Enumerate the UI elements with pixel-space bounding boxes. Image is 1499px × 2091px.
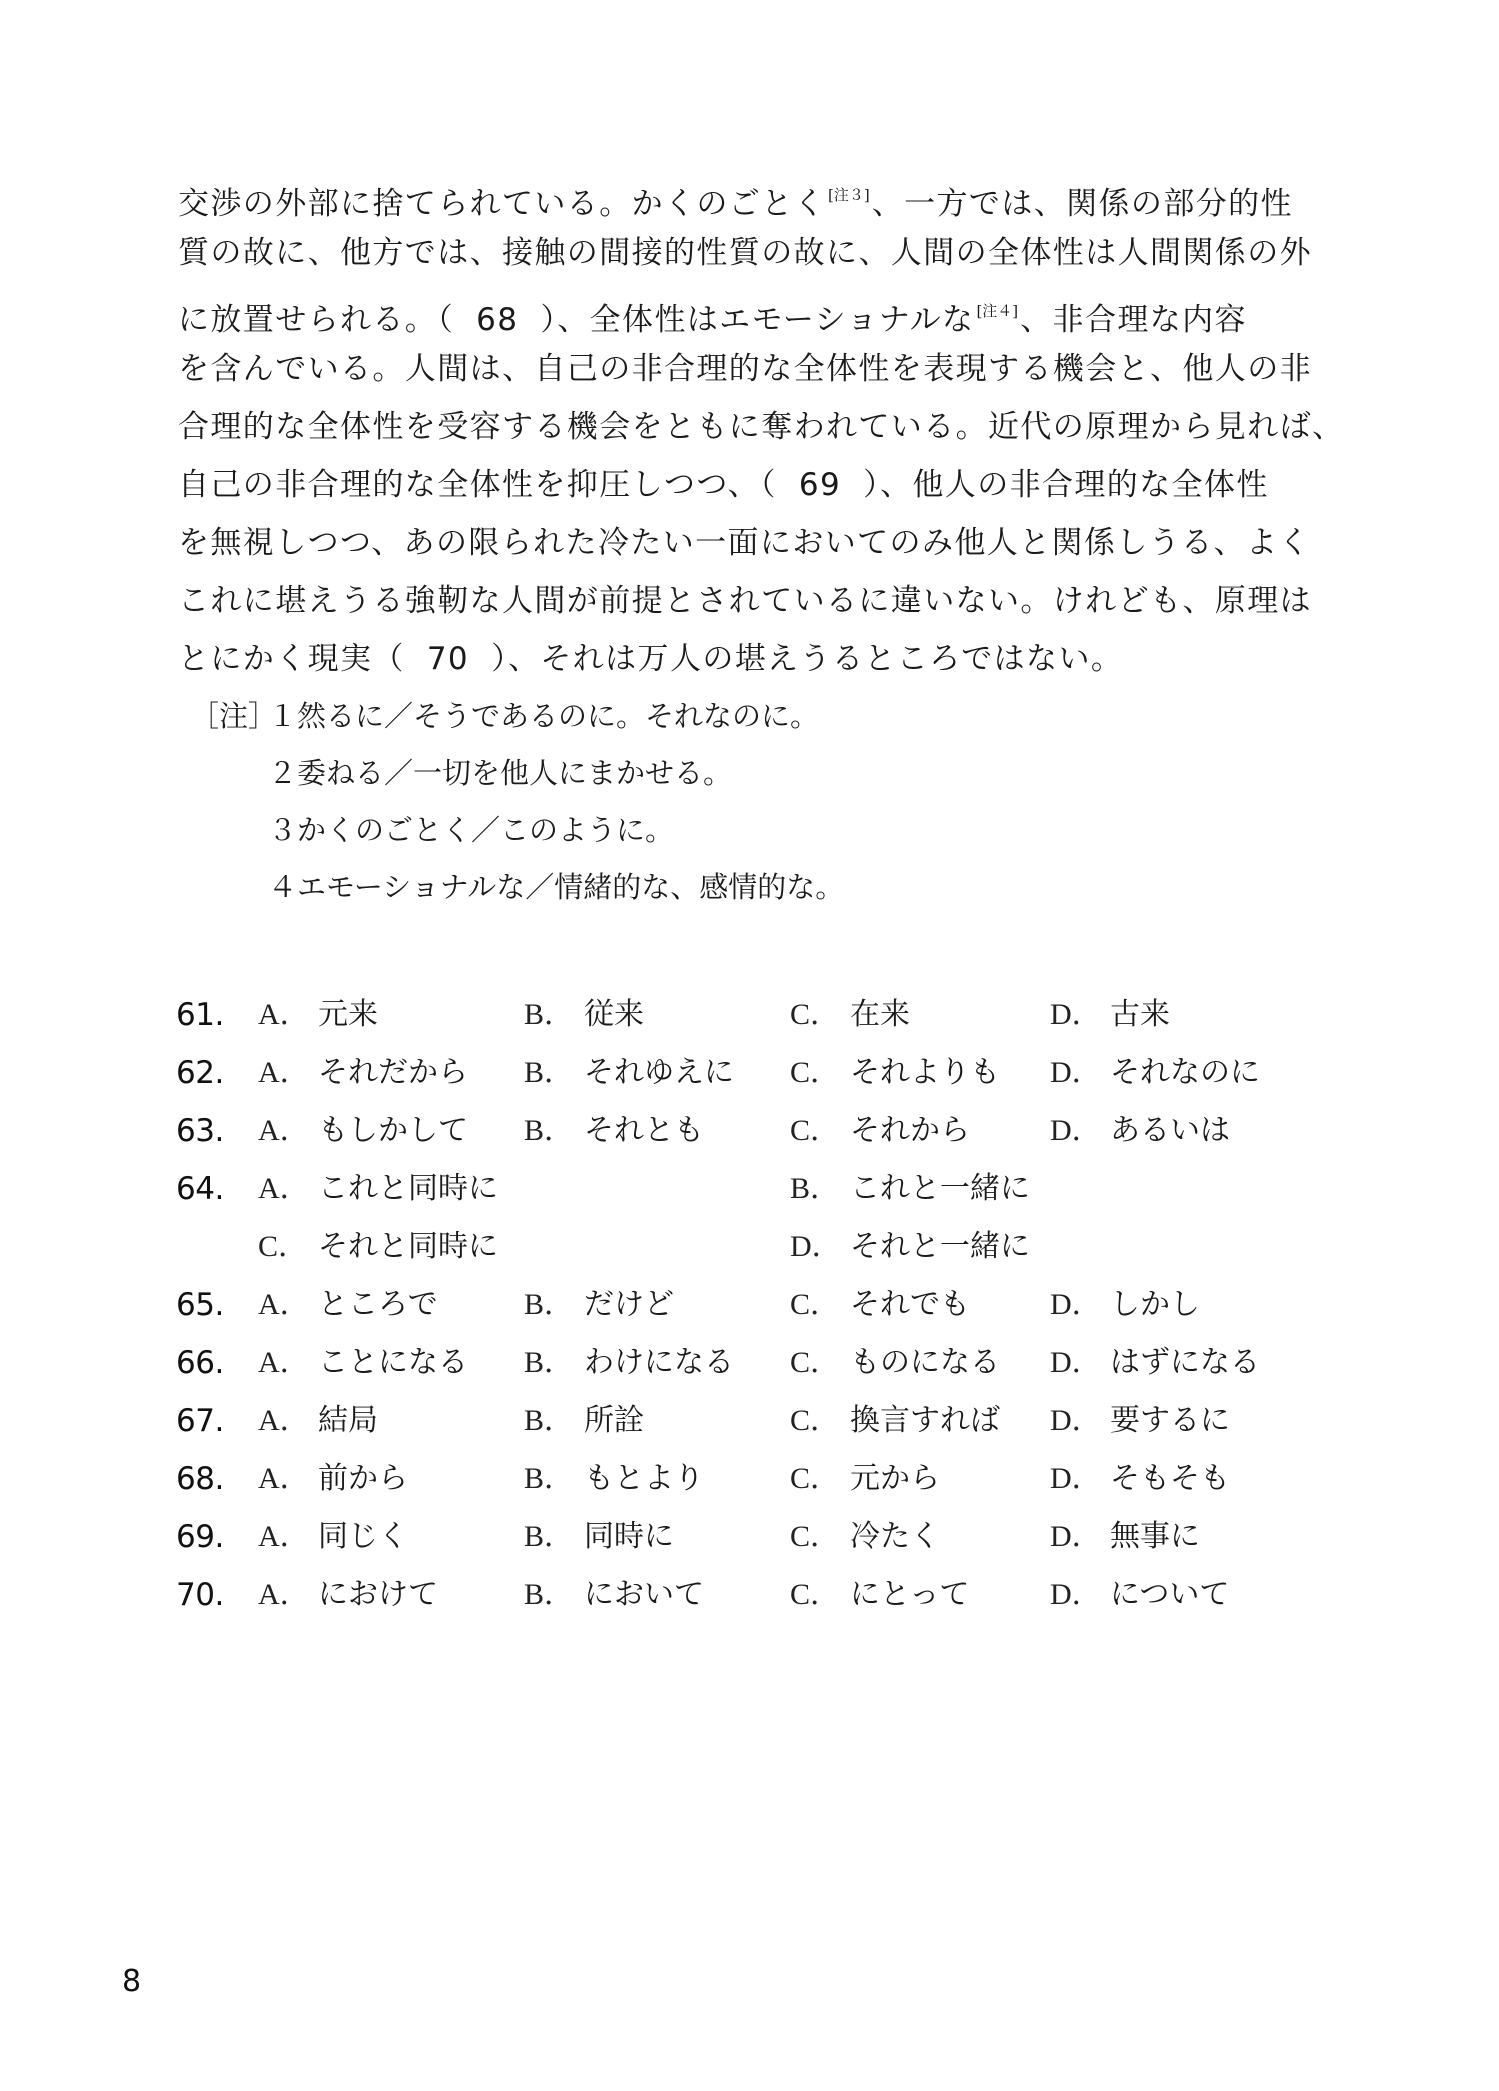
passage-text: とにかく現実（ bbox=[178, 641, 405, 677]
option-b[interactable]: B．これと一緒に bbox=[790, 1160, 1030, 1218]
question-65: 65. A．ところで B．だけど C．それでも D．しかし bbox=[0, 1276, 1499, 1334]
option-letter: C． bbox=[790, 1276, 850, 1334]
question-64-continued: C．それと同時に D．それと一緒に bbox=[0, 1218, 1499, 1276]
passage-line-1: 交渉の外部に捨てられている。かくのごとく[注３]、一方では、関係の部分的性 bbox=[178, 166, 1328, 224]
option-text: ところで bbox=[318, 1276, 438, 1334]
option-text: 同じく bbox=[318, 1508, 408, 1566]
option-letter: C． bbox=[790, 1450, 850, 1508]
question-list: 61. A．元来 B．従来 C．在来 D．古来 62. A．それだから B．それ… bbox=[0, 986, 1499, 1624]
option-b[interactable]: B．において bbox=[524, 1566, 704, 1624]
note-item-2: ２委ねる／一切を他人にまかせる。 bbox=[190, 745, 844, 802]
question-68: 68. A．前から B．もとより C．元から D．そもそも bbox=[0, 1450, 1499, 1508]
option-a[interactable]: A．ところで bbox=[258, 1276, 438, 1334]
passage-text: 交渉の外部に捨てられている。かくのごとく bbox=[178, 186, 826, 222]
option-letter: A． bbox=[258, 1334, 318, 1392]
option-letter: B． bbox=[524, 1450, 584, 1508]
option-d[interactable]: D．あるいは bbox=[1050, 1102, 1230, 1160]
option-c[interactable]: C．それと同時に bbox=[258, 1218, 498, 1276]
option-text: について bbox=[1110, 1566, 1229, 1624]
option-c[interactable]: C．在来 bbox=[790, 986, 910, 1044]
option-text: それとも bbox=[584, 1102, 704, 1160]
question-number: 62. bbox=[176, 1044, 224, 1102]
option-text: 結局 bbox=[318, 1392, 378, 1450]
option-letter: D． bbox=[1050, 986, 1110, 1044]
passage-text: ）、他人の非合理的な全体性 bbox=[863, 467, 1269, 503]
option-text: もしかして bbox=[318, 1102, 468, 1160]
option-c[interactable]: C．にとって bbox=[790, 1566, 969, 1624]
blank-70: 70 bbox=[405, 630, 491, 688]
option-text: それと一緒に bbox=[850, 1218, 1030, 1276]
option-letter: D． bbox=[1050, 1508, 1110, 1566]
option-b[interactable]: B．従来 bbox=[524, 986, 644, 1044]
option-c[interactable]: C．それよりも bbox=[790, 1044, 1000, 1102]
option-b[interactable]: B．それゆえに bbox=[524, 1044, 734, 1102]
option-text: 元から bbox=[850, 1450, 940, 1508]
blank-69: 69 bbox=[777, 456, 863, 514]
footnotes: ［注］１然るに／そうであるのに。それなのに。 ２委ねる／一切を他人にまかせる。 … bbox=[190, 688, 844, 916]
question-64: 64. A．これと同時に B．これと一緒に bbox=[0, 1160, 1499, 1218]
option-letter: C． bbox=[790, 1508, 850, 1566]
option-text: にとって bbox=[850, 1566, 969, 1624]
option-letter: C． bbox=[790, 1102, 850, 1160]
note-text: ４エモーショナルな／情緒的な、感情的な。 bbox=[268, 870, 844, 904]
option-a[interactable]: A．元来 bbox=[258, 986, 378, 1044]
option-letter: D． bbox=[1050, 1334, 1110, 1392]
option-letter: D． bbox=[1050, 1102, 1110, 1160]
option-a[interactable]: A．同じく bbox=[258, 1508, 408, 1566]
note-item-1: ［注］１然るに／そうであるのに。それなのに。 bbox=[190, 688, 844, 745]
option-text: 要するに bbox=[1110, 1392, 1230, 1450]
option-text: におけて bbox=[318, 1566, 438, 1624]
option-text: 換言すれば bbox=[850, 1392, 1000, 1450]
option-a[interactable]: A．前から bbox=[258, 1450, 408, 1508]
option-b[interactable]: B．わけになる bbox=[524, 1334, 734, 1392]
option-letter: D． bbox=[1050, 1450, 1110, 1508]
option-letter: B． bbox=[524, 1566, 584, 1624]
option-text: ことになる bbox=[318, 1334, 468, 1392]
option-text: それゆえに bbox=[584, 1044, 734, 1102]
passage-line-3: に放置せられる。（68）、全体性はエモーショナルな[注４]、非合理な内容 bbox=[178, 282, 1328, 340]
option-text: はずになる bbox=[1110, 1334, 1260, 1392]
option-c[interactable]: C．それでも bbox=[790, 1276, 970, 1334]
option-letter: A． bbox=[258, 1508, 318, 1566]
question-number: 61. bbox=[176, 986, 224, 1044]
option-a[interactable]: A．におけて bbox=[258, 1566, 438, 1624]
option-d[interactable]: D．無事に bbox=[1050, 1508, 1200, 1566]
option-letter: A． bbox=[258, 986, 318, 1044]
passage-line-2: 質の故に、他方では、接触の間接的性質の故に、人間の全体性は人間関係の外 bbox=[178, 224, 1328, 282]
option-c[interactable]: C．それから bbox=[790, 1102, 970, 1160]
option-letter: B． bbox=[524, 1508, 584, 1566]
question-number: 69. bbox=[176, 1508, 224, 1566]
question-number: 66. bbox=[176, 1334, 224, 1392]
option-a[interactable]: A．ことになる bbox=[258, 1334, 468, 1392]
option-letter: C． bbox=[258, 1218, 318, 1276]
option-letter: D． bbox=[1050, 1276, 1110, 1334]
note-text: ２委ねる／一切を他人にまかせる。 bbox=[268, 756, 732, 790]
passage-text: ）、それは万人の堪えうるところではない。 bbox=[491, 641, 1123, 677]
option-letter: A． bbox=[258, 1566, 318, 1624]
option-letter: A． bbox=[258, 1044, 318, 1102]
option-text: 在来 bbox=[850, 986, 910, 1044]
option-text: 前から bbox=[318, 1450, 408, 1508]
passage-text: ）、全体性はエモーショナルな bbox=[540, 302, 974, 338]
question-67: 67. A．結局 B．所詮 C．換言すれば D．要するに bbox=[0, 1392, 1499, 1450]
option-text: それから bbox=[850, 1102, 970, 1160]
option-a[interactable]: A．もしかして bbox=[258, 1102, 468, 1160]
option-d[interactable]: D．それなのに bbox=[1050, 1044, 1260, 1102]
option-a[interactable]: A．それだから bbox=[258, 1044, 468, 1102]
option-text: 無事に bbox=[1110, 1508, 1200, 1566]
option-b[interactable]: B．同時に bbox=[524, 1508, 674, 1566]
note-item-4: ４エモーショナルな／情緒的な、感情的な。 bbox=[190, 859, 844, 916]
footnote-ref-3: [注３] bbox=[828, 186, 870, 204]
option-text: 従来 bbox=[584, 986, 644, 1044]
option-c[interactable]: C．元から bbox=[790, 1450, 940, 1508]
option-letter: B． bbox=[524, 1102, 584, 1160]
option-text: それと同時に bbox=[318, 1218, 498, 1276]
option-text: あるいは bbox=[1110, 1102, 1230, 1160]
option-b[interactable]: B．もとより bbox=[524, 1450, 704, 1508]
option-text: だけど bbox=[584, 1276, 674, 1334]
option-b[interactable]: B．所詮 bbox=[524, 1392, 644, 1450]
question-number: 65. bbox=[176, 1276, 224, 1334]
option-d[interactable]: D．について bbox=[1050, 1566, 1229, 1624]
option-letter: C． bbox=[790, 1392, 850, 1450]
passage-line-5: 合理的な全体性を受容する機会をともに奪われている。近代の原理から見れば、 bbox=[178, 398, 1328, 456]
option-b[interactable]: B．それとも bbox=[524, 1102, 704, 1160]
passage-line-4: を含んでいる。人間は、自己の非合理的な全体性を表現する機会と、他人の非 bbox=[178, 340, 1328, 398]
passage-line-6: 自己の非合理的な全体性を抑圧しつつ、（69）、他人の非合理的な全体性 bbox=[178, 456, 1328, 514]
option-letter: C． bbox=[790, 986, 850, 1044]
option-text: ものになる bbox=[850, 1334, 1000, 1392]
question-63: 63. A．もしかして B．それとも C．それから D．あるいは bbox=[0, 1102, 1499, 1160]
passage-text: 、一方では、関係の部分的性 bbox=[872, 186, 1293, 222]
question-69: 69. A．同じく B．同時に C．冷たく D．無事に bbox=[0, 1508, 1499, 1566]
option-letter: B． bbox=[524, 1276, 584, 1334]
question-number: 70. bbox=[176, 1566, 224, 1624]
option-text: 古来 bbox=[1110, 986, 1170, 1044]
option-c[interactable]: C．冷たく bbox=[790, 1508, 940, 1566]
option-letter: D． bbox=[790, 1218, 850, 1276]
question-62: 62. A．それだから B．それゆえに C．それよりも D．それなのに bbox=[0, 1044, 1499, 1102]
option-letter: B． bbox=[524, 1044, 584, 1102]
option-text: 同時に bbox=[584, 1508, 674, 1566]
option-b[interactable]: B．だけど bbox=[524, 1276, 674, 1334]
option-text: もとより bbox=[584, 1450, 704, 1508]
option-d[interactable]: D．要するに bbox=[1050, 1392, 1230, 1450]
option-c[interactable]: C．ものになる bbox=[790, 1334, 1000, 1392]
option-text: 所詮 bbox=[584, 1392, 644, 1450]
option-letter: A． bbox=[258, 1450, 318, 1508]
option-letter: B． bbox=[790, 1160, 850, 1218]
reading-passage: 交渉の外部に捨てられている。かくのごとく[注３]、一方では、関係の部分的性 質の… bbox=[178, 166, 1328, 688]
passage-text: 、非合理な内容 bbox=[1020, 302, 1247, 338]
note-item-3: ３かくのごとく／このように。 bbox=[190, 802, 844, 859]
question-number: 63. bbox=[176, 1102, 224, 1160]
footnote-ref-4: [注４] bbox=[976, 302, 1018, 320]
option-letter: B． bbox=[524, 986, 584, 1044]
option-letter: A． bbox=[258, 1392, 318, 1450]
option-c[interactable]: C．換言すれば bbox=[790, 1392, 1000, 1450]
question-70: 70. A．におけて B．において C．にとって D．について bbox=[0, 1566, 1499, 1624]
option-letter: B． bbox=[524, 1392, 584, 1450]
option-letter: C． bbox=[790, 1566, 850, 1624]
option-letter: D． bbox=[1050, 1566, 1110, 1624]
option-d[interactable]: D．それと一緒に bbox=[790, 1218, 1030, 1276]
option-text: それでも bbox=[850, 1276, 970, 1334]
option-letter: A． bbox=[258, 1102, 318, 1160]
option-letter: D． bbox=[1050, 1392, 1110, 1450]
option-letter: A． bbox=[258, 1276, 318, 1334]
notes-label: ［注］ bbox=[190, 688, 268, 745]
passage-line-9: とにかく現実（70）、それは万人の堪えうるところではない。 bbox=[178, 630, 1328, 688]
passage-text: 自己の非合理的な全体性を抑圧しつつ、（ bbox=[178, 467, 777, 503]
option-text: において bbox=[584, 1566, 704, 1624]
passage-text: に放置せられる。（ bbox=[178, 302, 454, 338]
option-d[interactable]: D．はずになる bbox=[1050, 1334, 1260, 1392]
note-text: ３かくのごとく／このように。 bbox=[268, 813, 674, 847]
question-number: 68. bbox=[176, 1450, 224, 1508]
option-text: 冷たく bbox=[850, 1508, 940, 1566]
option-a[interactable]: A．これと同時に bbox=[258, 1160, 498, 1218]
passage-line-7: を無視しつつ、あの限られた冷たい一面においてのみ他人と関係しうる、よく bbox=[178, 514, 1328, 572]
option-text: それよりも bbox=[850, 1044, 1000, 1102]
option-a[interactable]: A．結局 bbox=[258, 1392, 378, 1450]
note-text: １然るに／そうであるのに。それなのに。 bbox=[268, 699, 819, 733]
option-text: それだから bbox=[318, 1044, 468, 1102]
question-61: 61. A．元来 B．従来 C．在来 D．古来 bbox=[0, 986, 1499, 1044]
page-number: 8 bbox=[122, 1964, 141, 1999]
option-text: わけになる bbox=[584, 1334, 734, 1392]
option-text: そもそも bbox=[1110, 1450, 1230, 1508]
option-d[interactable]: D．そもそも bbox=[1050, 1450, 1230, 1508]
option-letter: C． bbox=[790, 1334, 850, 1392]
question-66: 66. A．ことになる B．わけになる C．ものになる D．はずになる bbox=[0, 1334, 1499, 1392]
option-d[interactable]: D．古来 bbox=[1050, 986, 1170, 1044]
option-d[interactable]: D．しかし bbox=[1050, 1276, 1200, 1334]
option-letter: D． bbox=[1050, 1044, 1110, 1102]
question-number: 67. bbox=[176, 1392, 224, 1450]
option-letter: C． bbox=[790, 1044, 850, 1102]
passage-line-8: これに堪えうる強靭な人間が前提とされているに違いない。けれども、原理は bbox=[178, 572, 1328, 630]
option-letter: A． bbox=[258, 1160, 318, 1218]
option-letter: B． bbox=[524, 1334, 584, 1392]
option-text: これと同時に bbox=[318, 1160, 498, 1218]
option-text: これと一緒に bbox=[850, 1160, 1030, 1218]
option-text: それなのに bbox=[1110, 1044, 1260, 1102]
option-text: しかし bbox=[1110, 1276, 1200, 1334]
option-text: 元来 bbox=[318, 986, 378, 1044]
question-number: 64. bbox=[176, 1160, 224, 1218]
